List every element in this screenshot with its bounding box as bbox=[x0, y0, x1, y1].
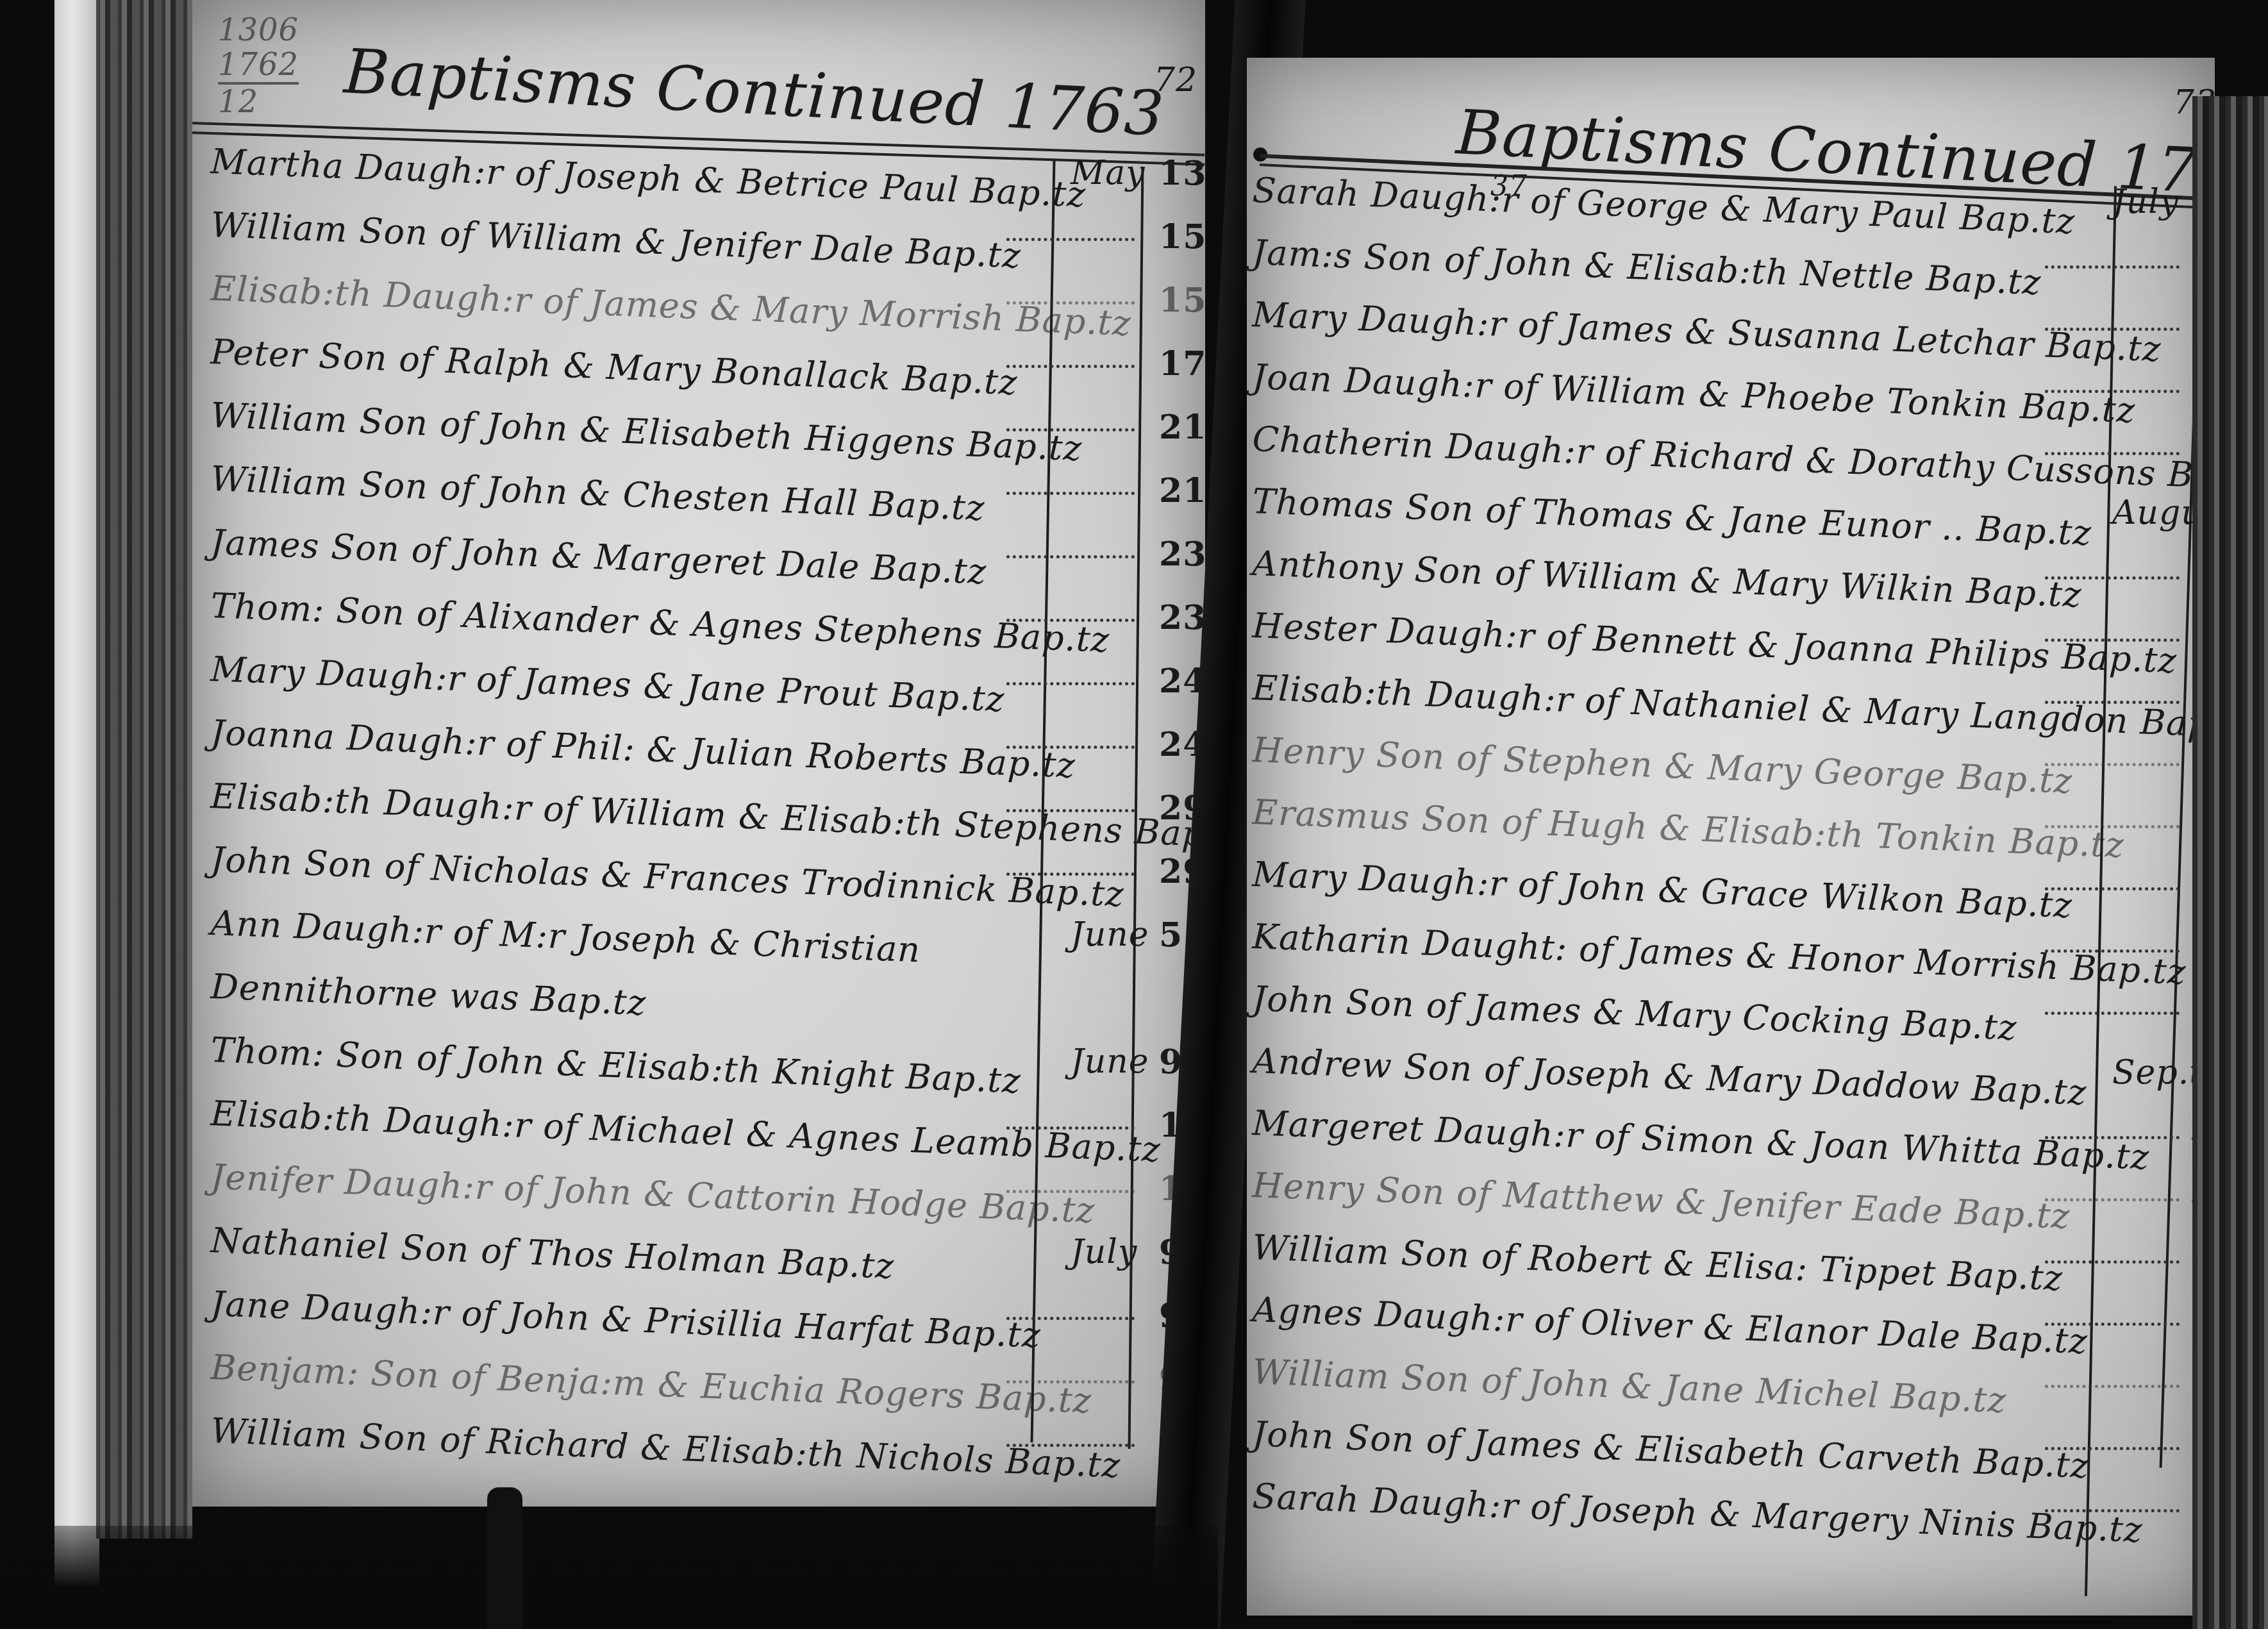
entry-month: July bbox=[2112, 183, 2179, 221]
register-scan: 1306 1762 12 Baptisms Continued 1763 72 … bbox=[0, 0, 2268, 1629]
bottom-shadow bbox=[0, 1526, 1218, 1629]
baptism-entry: William Son of William & Jenifer Dale Ba… bbox=[212, 198, 1186, 262]
entry-text: Sarah Daugh:r of Joseph & Margery Ninis … bbox=[1252, 1476, 2144, 1550]
baptism-entry: Elisab:th Daugh:r of Michael & Agnes Lea… bbox=[212, 1087, 1186, 1150]
archive-reference-numbers: 1306 1762 12 bbox=[218, 13, 299, 119]
baptism-entry-continuation: Dennithorne was Bap.tz bbox=[212, 960, 1186, 1023]
entry-day: 15 bbox=[1159, 217, 1205, 256]
baptism-entry: John Son of James & Mary Cocking Bap.tz2… bbox=[1253, 972, 2208, 1034]
book-left-edge bbox=[96, 0, 192, 1539]
baptism-entry: Joanna Daugh:r of Phil: & Julian Roberts… bbox=[212, 706, 1186, 769]
baptism-entries: Sarah Daugh:r of George & Mary Paul Bap.… bbox=[1253, 163, 2208, 1532]
entry-month: July bbox=[1071, 1233, 1137, 1271]
baptism-entry: James Son of John & Margeret Dale Bap.tz… bbox=[212, 515, 1186, 579]
baptism-entry: William Son of John & Elisabeth Higgens … bbox=[212, 388, 1186, 452]
entry-month: June bbox=[1071, 1042, 1149, 1081]
reference-number: 1306 bbox=[218, 13, 299, 47]
baptism-entry: Thom: Son of John & Elisab:th Knight Bap… bbox=[212, 1023, 1186, 1087]
leader-dots bbox=[1006, 809, 1135, 812]
page-number: 72 bbox=[1154, 61, 1197, 99]
leader-dots bbox=[2045, 701, 2180, 704]
leader-dots bbox=[1006, 873, 1135, 876]
baptism-entry: Martha Daugh:r of Joseph & Betrice Paul … bbox=[212, 135, 1186, 198]
leader-dots bbox=[1006, 365, 1135, 368]
page-weight-clip bbox=[487, 1487, 522, 1629]
baptism-entry: Thomas Son of Thomas & Jane Eunor .. Bap… bbox=[1253, 474, 2208, 537]
baptism-entry: Jam:s Son of John & Elisab:th Nettle Bap… bbox=[1253, 226, 2208, 288]
leader-dots bbox=[1006, 1380, 1135, 1383]
baptism-entry: John Son of Nicholas & Frances Trodinnic… bbox=[212, 833, 1186, 896]
left-page: 1306 1762 12 Baptisms Continued 1763 72 … bbox=[192, 0, 1205, 1507]
leader-dots bbox=[2045, 1323, 2180, 1326]
leader-dots bbox=[2045, 1198, 2180, 1201]
leader-dots bbox=[1006, 682, 1135, 685]
leader-dots bbox=[2045, 265, 2180, 269]
entry-month: June bbox=[1071, 915, 1149, 954]
baptism-entry: William Son of Robert & Elisa: Tippet Ba… bbox=[1253, 1221, 2208, 1283]
leader-dots bbox=[1006, 1317, 1135, 1320]
scanner-board-edge bbox=[54, 0, 99, 1629]
leader-dots bbox=[2045, 1136, 2180, 1139]
leader-dots bbox=[1006, 1126, 1135, 1130]
baptism-entry: Sarah Daugh:r of Joseph & Margery Ninis … bbox=[1253, 1469, 2208, 1532]
leader-dots bbox=[2045, 1260, 2180, 1264]
baptism-entry: Joan Daugh:r of William & Phoebe Tonkin … bbox=[1253, 350, 2208, 412]
baptism-entry: Nathaniel Son of Thos Holman Bap.tzJuly9 bbox=[212, 1214, 1186, 1277]
leader-dots bbox=[2045, 328, 2180, 331]
entry-day: 13 bbox=[1159, 154, 1205, 193]
entry-text: William Son of Richard & Elisab:th Nicho… bbox=[210, 1410, 1122, 1485]
baptism-entry: Thom: Son of Alixander & Agnes Stephens … bbox=[212, 579, 1186, 642]
baptism-entry: Mary Daugh:r of James & Jane Prout Bap.t… bbox=[212, 642, 1186, 706]
leader-dots bbox=[2045, 639, 2180, 642]
entry-day: 5 bbox=[1159, 915, 1183, 955]
baptism-entry: Jenifer Daugh:r of John & Cattorin Hodge… bbox=[212, 1150, 1186, 1214]
leader-dots bbox=[2045, 1509, 2180, 1512]
leader-dots bbox=[2045, 949, 2180, 953]
entry-month: May bbox=[1071, 154, 1146, 192]
leader-dots bbox=[2045, 763, 2180, 766]
leader-dots bbox=[1006, 492, 1135, 495]
baptism-entry: Elisab:th Daugh:r of Nathaniel & Mary La… bbox=[1253, 661, 2208, 723]
baptism-entry: Jane Daugh:r of John & Prisillia Harfat … bbox=[212, 1277, 1186, 1341]
leader-dots bbox=[1006, 301, 1135, 305]
entry-day: 23 bbox=[1159, 535, 1205, 574]
leader-dots bbox=[1006, 746, 1135, 749]
baptism-entry: Ann Daugh:r of M:r Joseph & ChristianJun… bbox=[212, 896, 1186, 960]
leader-dots bbox=[2045, 452, 2180, 455]
baptism-entry: Henry Son of Stephen & Mary George Bap.t… bbox=[1253, 723, 2208, 785]
leader-dots bbox=[2045, 576, 2180, 580]
entry-day: 23 bbox=[1159, 598, 1205, 637]
baptism-entry: Sarah Daugh:r of George & Mary Paul Bap.… bbox=[1253, 163, 2208, 226]
leader-dots bbox=[1006, 555, 1135, 558]
reference-number: 1762 bbox=[218, 47, 299, 85]
leader-dots bbox=[1006, 1190, 1135, 1193]
baptism-entry: Anthony Son of William & Mary Wilkin Bap… bbox=[1253, 537, 2208, 599]
baptism-entries: Martha Daugh:r of Joseph & Betrice Paul … bbox=[212, 135, 1186, 1467]
baptism-entry: Chatherin Daugh:r of Richard & Dorathy C… bbox=[1253, 412, 2208, 474]
baptism-entry: Agnes Daugh:r of Oliver & Elanor Dale Ba… bbox=[1253, 1283, 2208, 1345]
leader-dots bbox=[1006, 428, 1135, 431]
baptism-entry: William Son of Richard & Elisab:th Nicho… bbox=[212, 1404, 1186, 1467]
leader-dots bbox=[2045, 1385, 2180, 1388]
baptism-entry: Mary Daugh:r of John & Grace Wilkon Bap.… bbox=[1253, 848, 2208, 910]
baptism-entry: Andrew Son of Joseph & Mary Daddow Bap.t… bbox=[1253, 1034, 2208, 1096]
leader-dots bbox=[2045, 825, 2180, 828]
baptism-entry: John Son of James & Elisabeth Carveth Ba… bbox=[1253, 1407, 2208, 1469]
baptism-entry: Benjam: Son of Benja:m & Euchia Rogers B… bbox=[212, 1341, 1186, 1404]
leader-dots bbox=[1006, 1444, 1135, 1447]
right-page: 37 Baptisms Continued 1763 73 Sarah Daug… bbox=[1247, 58, 2215, 1616]
entry-day: 21 bbox=[1159, 471, 1205, 510]
leader-dots bbox=[2045, 1447, 2180, 1450]
entry-day: 17 bbox=[1159, 344, 1205, 383]
reference-number: 12 bbox=[218, 85, 299, 119]
baptism-entry: Katharin Daught: of James & Honor Morris… bbox=[1253, 910, 2208, 972]
entry-text: Dennithorne was Bap.tz bbox=[210, 966, 647, 1023]
entry-month: Sep.t bbox=[2112, 1053, 2203, 1092]
baptism-entry: Elisab:th Daugh:r of James & Mary Morris… bbox=[212, 262, 1186, 325]
baptism-entry: William Son of John & Jane Michel Bap.tz… bbox=[1253, 1345, 2208, 1407]
baptism-entry: William Son of John & Chesten Hall Bap.t… bbox=[212, 452, 1186, 515]
leader-dots bbox=[1006, 619, 1135, 622]
baptism-entry: Peter Son of Ralph & Mary Bonallack Bap.… bbox=[212, 325, 1186, 388]
leader-dots bbox=[2045, 1012, 2180, 1015]
baptism-entry: Mary Daugh:r of James & Susanna Letchar … bbox=[1253, 288, 2208, 350]
baptism-entry: Hester Daugh:r of Bennett & Joanna Phili… bbox=[1253, 599, 2208, 661]
baptism-entry: Henry Son of Matthew & Jenifer Eade Bap.… bbox=[1253, 1158, 2208, 1221]
book-right-edge bbox=[2192, 96, 2268, 1629]
leader-dots bbox=[2045, 390, 2180, 393]
baptism-entry: Elisab:th Daugh:r of William & Elisab:th… bbox=[212, 769, 1186, 833]
baptism-entry: Margeret Daugh:r of Simon & Joan Whitta … bbox=[1253, 1096, 2208, 1158]
entry-day: 21 bbox=[1159, 408, 1205, 447]
entry-day: 15 bbox=[1159, 281, 1205, 320]
baptism-entry: Erasmus Son of Hugh & Elisab:th Tonkin B… bbox=[1253, 785, 2208, 848]
leader-dots bbox=[2045, 887, 2180, 890]
leader-dots bbox=[1006, 238, 1135, 241]
